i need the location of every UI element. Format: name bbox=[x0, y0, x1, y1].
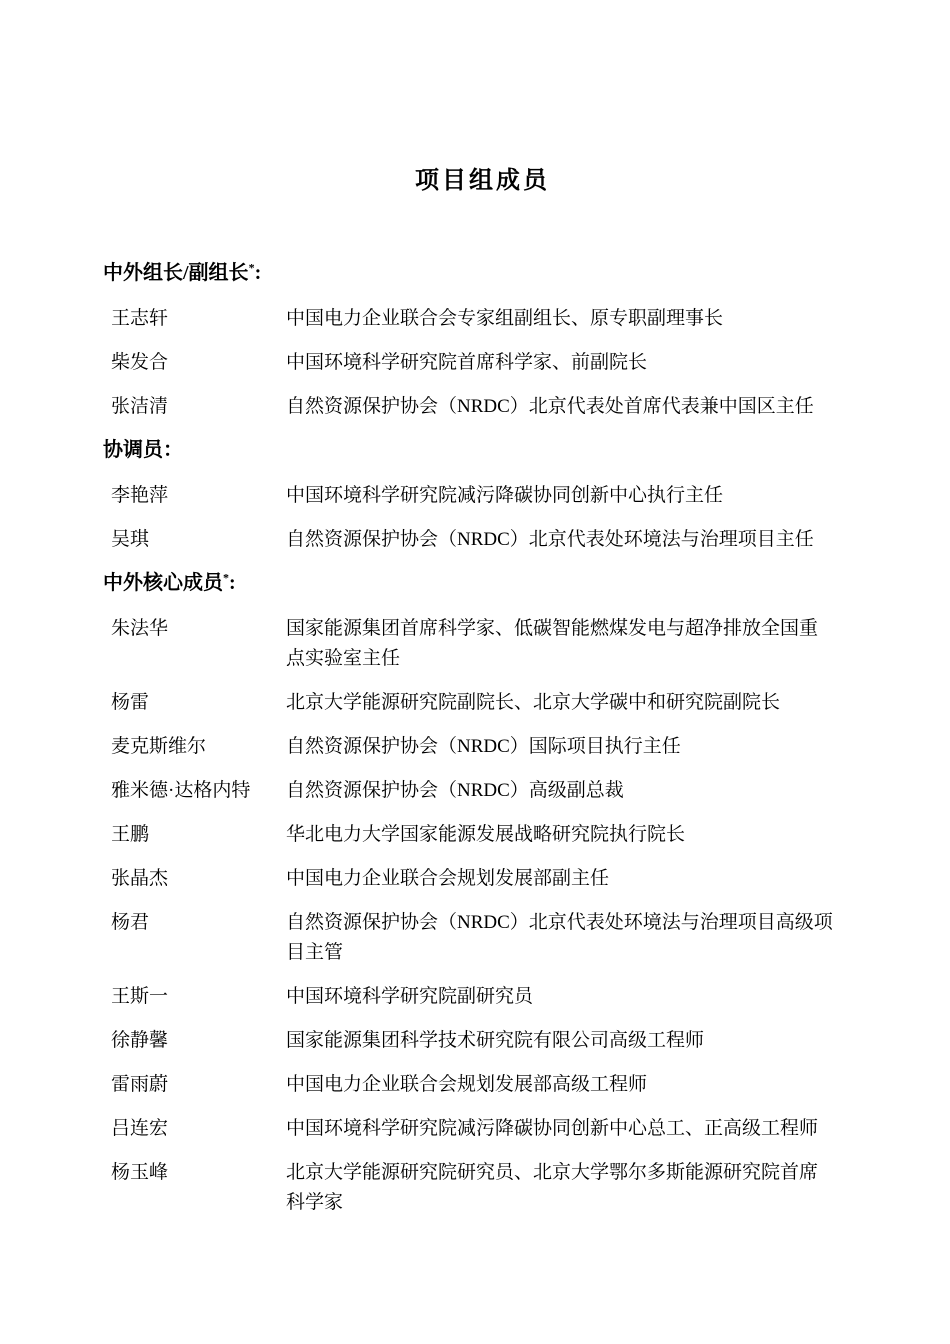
section-members: 李艳萍 中国环境科学研究院减污降碳协同创新中心执行主任 吴琪 自然资源保护协会（… bbox=[103, 481, 862, 555]
member-role: 国家能源集团科学技术研究院有限公司高级工程师 bbox=[286, 1026, 704, 1056]
section-heading-colon: : bbox=[229, 572, 236, 594]
section-members: 王志轩 中国电力企业联合会专家组副组长、原专职副理事长 柴发合 中国环境科学研究… bbox=[103, 304, 862, 422]
member-name: 雅米德·达格内特 bbox=[103, 776, 286, 806]
member-section: 中外组长/副组长*: 王志轩 中国电力企业联合会专家组副组长、原专职副理事长 柴… bbox=[103, 259, 862, 422]
section-heading-colon: ： bbox=[163, 439, 183, 461]
member-role: 中国电力企业联合会专家组副组长、原专职副理事长 bbox=[286, 304, 723, 334]
section-members: 朱法华 国家能源集团首席科学家、低碳智能燃煤发电与超净排放全国重点实验室主任 杨… bbox=[103, 614, 862, 1218]
member-row: 雷雨蔚 中国电力企业联合会规划发展部高级工程师 bbox=[103, 1070, 862, 1100]
member-name: 王志轩 bbox=[103, 304, 286, 334]
member-name: 王斯一 bbox=[103, 982, 286, 1012]
member-row: 王斯一 中国环境科学研究院副研究员 bbox=[103, 982, 862, 1012]
member-row: 张洁清 自然资源保护协会（NRDC）北京代表处首席代表兼中国区主任 bbox=[103, 392, 862, 422]
member-row: 朱法华 国家能源集团首席科学家、低碳智能燃煤发电与超净排放全国重点实验室主任 bbox=[103, 614, 862, 674]
member-row: 吕连宏 中国环境科学研究院减污降碳协同创新中心总工、正高级工程师 bbox=[103, 1114, 862, 1144]
member-role: 中国环境科学研究院首席科学家、前副院长 bbox=[286, 348, 647, 378]
member-row: 麦克斯维尔 自然资源保护协会（NRDC）国际项目执行主任 bbox=[103, 732, 862, 762]
member-role: 国家能源集团首席科学家、低碳智能燃煤发电与超净排放全国重点实验室主任 bbox=[286, 614, 834, 674]
member-name: 张洁清 bbox=[103, 392, 286, 422]
member-row: 王志轩 中国电力企业联合会专家组副组长、原专职副理事长 bbox=[103, 304, 862, 334]
member-role: 北京大学能源研究院副院长、北京大学碳中和研究院副院长 bbox=[286, 688, 780, 718]
member-name: 张晶杰 bbox=[103, 864, 286, 894]
page-title: 项目组成员 bbox=[103, 165, 862, 197]
member-role: 自然资源保护协会（NRDC）北京代表处首席代表兼中国区主任 bbox=[286, 392, 814, 422]
member-name: 吕连宏 bbox=[103, 1114, 286, 1144]
member-role: 自然资源保护协会（NRDC）高级副总裁 bbox=[286, 776, 624, 806]
member-section: 协调员： 李艳萍 中国环境科学研究院减污降碳协同创新中心执行主任 吴琪 自然资源… bbox=[103, 436, 862, 555]
member-name: 柴发合 bbox=[103, 348, 286, 378]
section-heading: 协调员： bbox=[103, 436, 862, 464]
member-row: 杨玉峰 北京大学能源研究院研究员、北京大学鄂尔多斯能源研究院首席科学家 bbox=[103, 1158, 862, 1218]
member-name: 徐静馨 bbox=[103, 1026, 286, 1056]
member-role: 北京大学能源研究院研究员、北京大学鄂尔多斯能源研究院首席科学家 bbox=[286, 1158, 834, 1218]
document-page: 项目组成员 中外组长/副组长*: 王志轩 中国电力企业联合会专家组副组长、原专职… bbox=[0, 0, 950, 1344]
member-name: 杨君 bbox=[103, 908, 286, 938]
member-row: 张晶杰 中国电力企业联合会规划发展部副主任 bbox=[103, 864, 862, 894]
section-heading-text: 中外组长/副组长 bbox=[103, 262, 249, 284]
member-name: 杨玉峰 bbox=[103, 1158, 286, 1188]
member-role: 中国环境科学研究院副研究员 bbox=[286, 982, 533, 1012]
member-role: 华北电力大学国家能源发展战略研究院执行院长 bbox=[286, 820, 685, 850]
member-row: 吴琪 自然资源保护协会（NRDC）北京代表处环境法与治理项目主任 bbox=[103, 525, 862, 555]
section-heading-text: 中外核心成员 bbox=[103, 572, 223, 594]
member-role: 自然资源保护协会（NRDC）北京代表处环境法与治理项目高级项目主管 bbox=[286, 908, 834, 968]
member-row: 李艳萍 中国环境科学研究院减污降碳协同创新中心执行主任 bbox=[103, 481, 862, 511]
member-role: 自然资源保护协会（NRDC）北京代表处环境法与治理项目主任 bbox=[286, 525, 814, 555]
member-name: 麦克斯维尔 bbox=[103, 732, 286, 762]
member-row: 杨雷 北京大学能源研究院副院长、北京大学碳中和研究院副院长 bbox=[103, 688, 862, 718]
section-heading: 中外组长/副组长*: bbox=[103, 259, 862, 287]
member-row: 徐静馨 国家能源集团科学技术研究院有限公司高级工程师 bbox=[103, 1026, 862, 1056]
member-role: 自然资源保护协会（NRDC）国际项目执行主任 bbox=[286, 732, 681, 762]
member-name: 王鹏 bbox=[103, 820, 286, 850]
member-row: 杨君 自然资源保护协会（NRDC）北京代表处环境法与治理项目高级项目主管 bbox=[103, 908, 862, 968]
member-role: 中国电力企业联合会规划发展部高级工程师 bbox=[286, 1070, 647, 1100]
sections: 中外组长/副组长*: 王志轩 中国电力企业联合会专家组副组长、原专职副理事长 柴… bbox=[103, 259, 862, 1218]
member-section: 中外核心成员*: 朱法华 国家能源集团首席科学家、低碳智能燃煤发电与超净排放全国… bbox=[103, 569, 862, 1218]
section-heading-text: 协调员 bbox=[103, 439, 163, 461]
member-role: 中国电力企业联合会规划发展部副主任 bbox=[286, 864, 609, 894]
member-name: 杨雷 bbox=[103, 688, 286, 718]
member-row: 雅米德·达格内特 自然资源保护协会（NRDC）高级副总裁 bbox=[103, 776, 862, 806]
member-role: 中国环境科学研究院减污降碳协同创新中心总工、正高级工程师 bbox=[286, 1114, 818, 1144]
member-name: 朱法华 bbox=[103, 614, 286, 644]
member-row: 王鹏 华北电力大学国家能源发展战略研究院执行院长 bbox=[103, 820, 862, 850]
member-name: 雷雨蔚 bbox=[103, 1070, 286, 1100]
member-name: 李艳萍 bbox=[103, 481, 286, 511]
section-heading-colon: : bbox=[255, 262, 262, 284]
member-role: 中国环境科学研究院减污降碳协同创新中心执行主任 bbox=[286, 481, 723, 511]
section-heading: 中外核心成员*: bbox=[103, 569, 862, 597]
member-row: 柴发合 中国环境科学研究院首席科学家、前副院长 bbox=[103, 348, 862, 378]
member-name: 吴琪 bbox=[103, 525, 286, 555]
